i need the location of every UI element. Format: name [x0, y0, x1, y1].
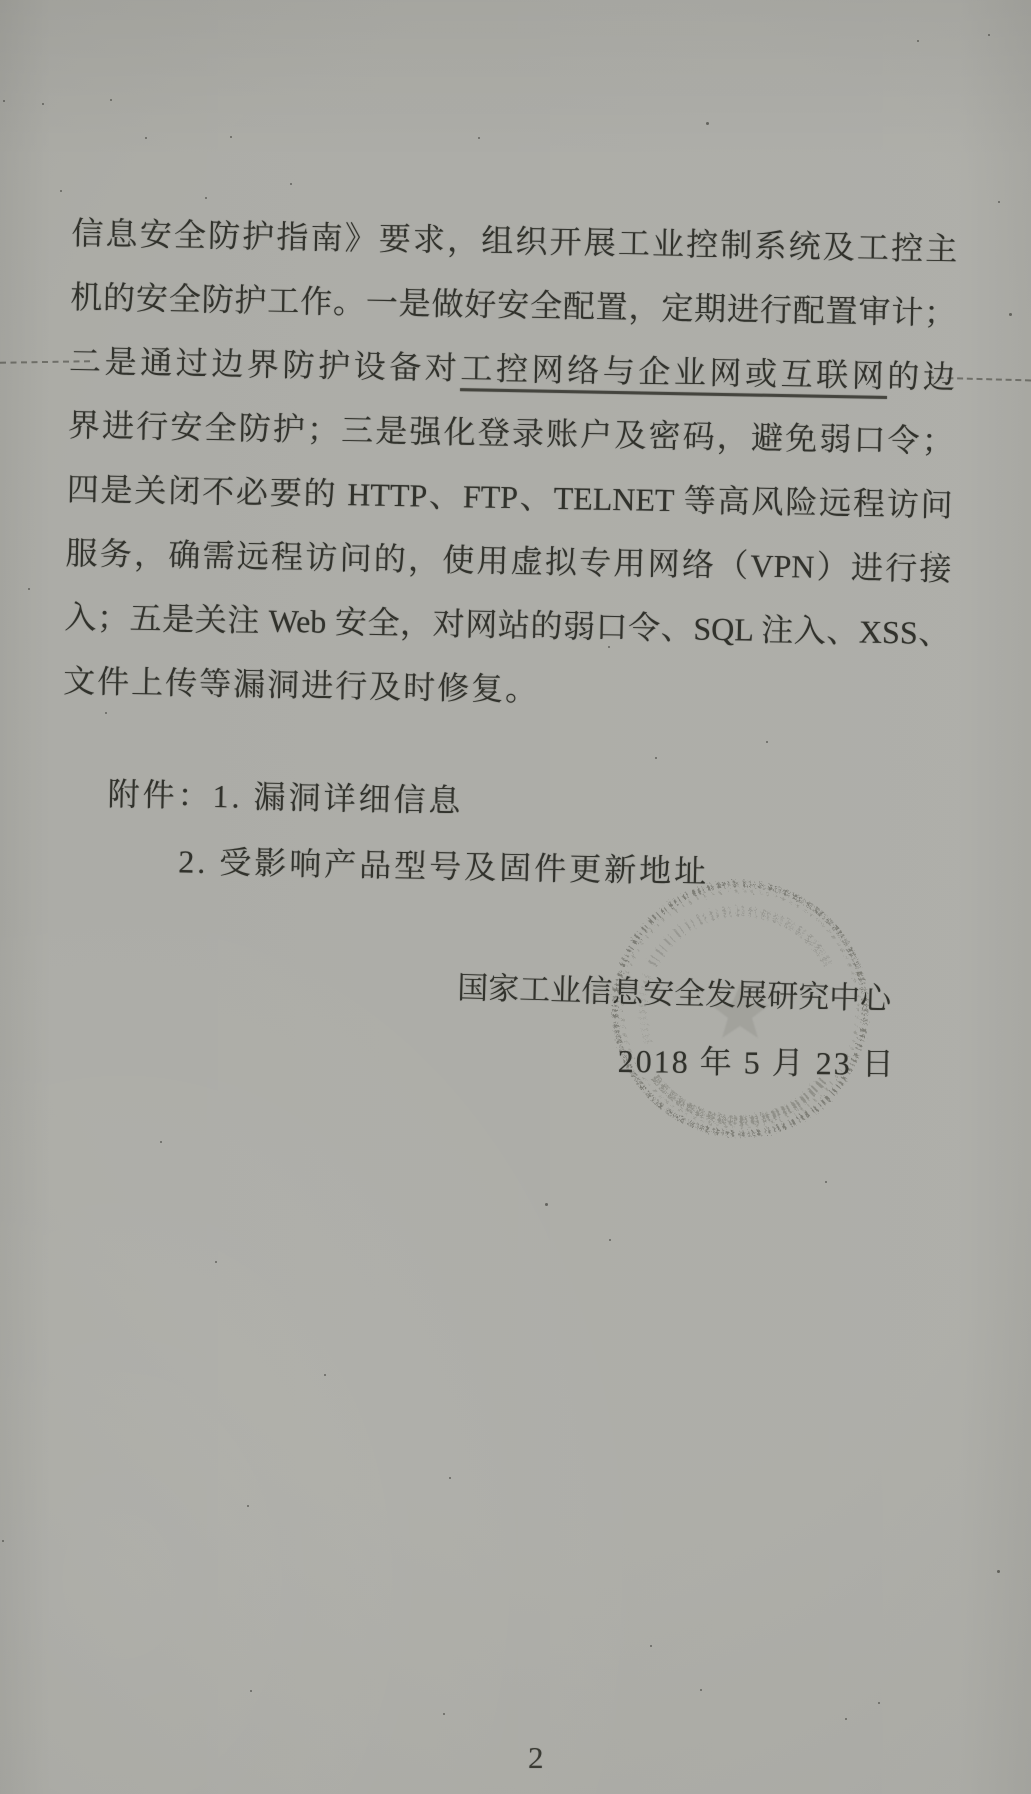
- scan-noise-speck: [930, 551, 932, 553]
- scan-noise-speck: [609, 1239, 611, 1241]
- scan-noise-speck: [247, 1505, 249, 1507]
- body-line-text: 机的安全防护工作。一是做好安全配置，定期进行配置审计；: [70, 279, 957, 331]
- scan-noise-speck: [608, 646, 610, 648]
- body-line-text: 的边: [887, 358, 955, 395]
- scan-noise-speck: [230, 136, 232, 138]
- scan-noise-speck: [42, 103, 44, 105]
- scan-noise-speck: [998, 201, 1000, 203]
- scan-noise-speck: [988, 34, 990, 36]
- scan-noise-speck: [110, 99, 112, 101]
- scanned-document-page: 信息安全防护指南》要求，组织开展工业控制系统及工控主 机的安全防护工作。一是做好…: [0, 0, 1031, 1794]
- scan-noise-speck: [878, 1702, 880, 1704]
- scan-noise-speck: [250, 1690, 252, 1692]
- scan-noise-speck: [845, 1718, 847, 1720]
- scan-noise-speck: [443, 1713, 445, 1715]
- scan-noise-speck: [290, 183, 292, 185]
- scan-noise-speck: [478, 137, 480, 139]
- body-line-text: 入；五是关注 Web 安全，对网站的弱口令、SQL 注入、XSS、: [64, 599, 951, 651]
- body-line-text: 四是关闭不必要的 HTTP、FTP、TELNET 等高风险远程访问: [66, 471, 953, 523]
- scan-noise-speck: [160, 1141, 162, 1143]
- scan-noise-speck: [324, 1374, 326, 1376]
- body-line-text: 界进行安全防护；三是强化登录账户及密码，避免弱口令；: [68, 407, 955, 459]
- scan-noise-speck: [2, 1540, 4, 1542]
- attachment-item-1: 附件：1. 漏洞详细信息: [107, 772, 711, 850]
- scan-noise-speck: [917, 40, 919, 42]
- underlined-phrase: 工控网络与企业网或互联网: [460, 350, 888, 394]
- scan-noise-speck: [105, 712, 107, 714]
- scan-noise-speck: [205, 197, 207, 199]
- body-line-text: 二是通过边界防护设备对: [69, 343, 461, 386]
- issue-date: 2018 年 5 月 23 日: [618, 1036, 896, 1085]
- scan-noise-speck: [997, 1570, 1000, 1573]
- scan-noise-speck: [28, 588, 30, 590]
- scan-noise-speck: [650, 1645, 652, 1647]
- body-line-text: 服务，确需远程访问的，使用虚拟专用网络（VPN）进行接: [65, 535, 952, 587]
- page-number: 2: [528, 1740, 544, 1776]
- scan-noise-speck: [766, 741, 768, 743]
- scan-noise-speck: [944, 557, 946, 559]
- scan-noise-speck: [700, 1689, 702, 1691]
- scan-noise-speck: [3, 100, 5, 102]
- scan-noise-speck: [825, 1181, 827, 1183]
- body-line-text: 信息安全防护指南》要求，组织开展工业控制系统及工控主: [71, 215, 958, 267]
- scan-noise-speck: [449, 1477, 451, 1479]
- scan-noise-speck: [545, 1203, 548, 1206]
- scan-noise-speck: [706, 122, 709, 125]
- document-body: 信息安全防护指南》要求，组织开展工业控制系统及工控主 机的安全防护工作。一是做好…: [63, 204, 958, 732]
- scan-noise-speck: [60, 190, 62, 192]
- scan-noise-speck: [215, 1261, 217, 1263]
- scan-noise-speck: [1009, 313, 1012, 316]
- scan-noise-speck: [655, 757, 657, 759]
- scan-noise-speck: [145, 137, 147, 139]
- body-line-text: 文件上传等漏洞进行及时修复。: [63, 663, 540, 708]
